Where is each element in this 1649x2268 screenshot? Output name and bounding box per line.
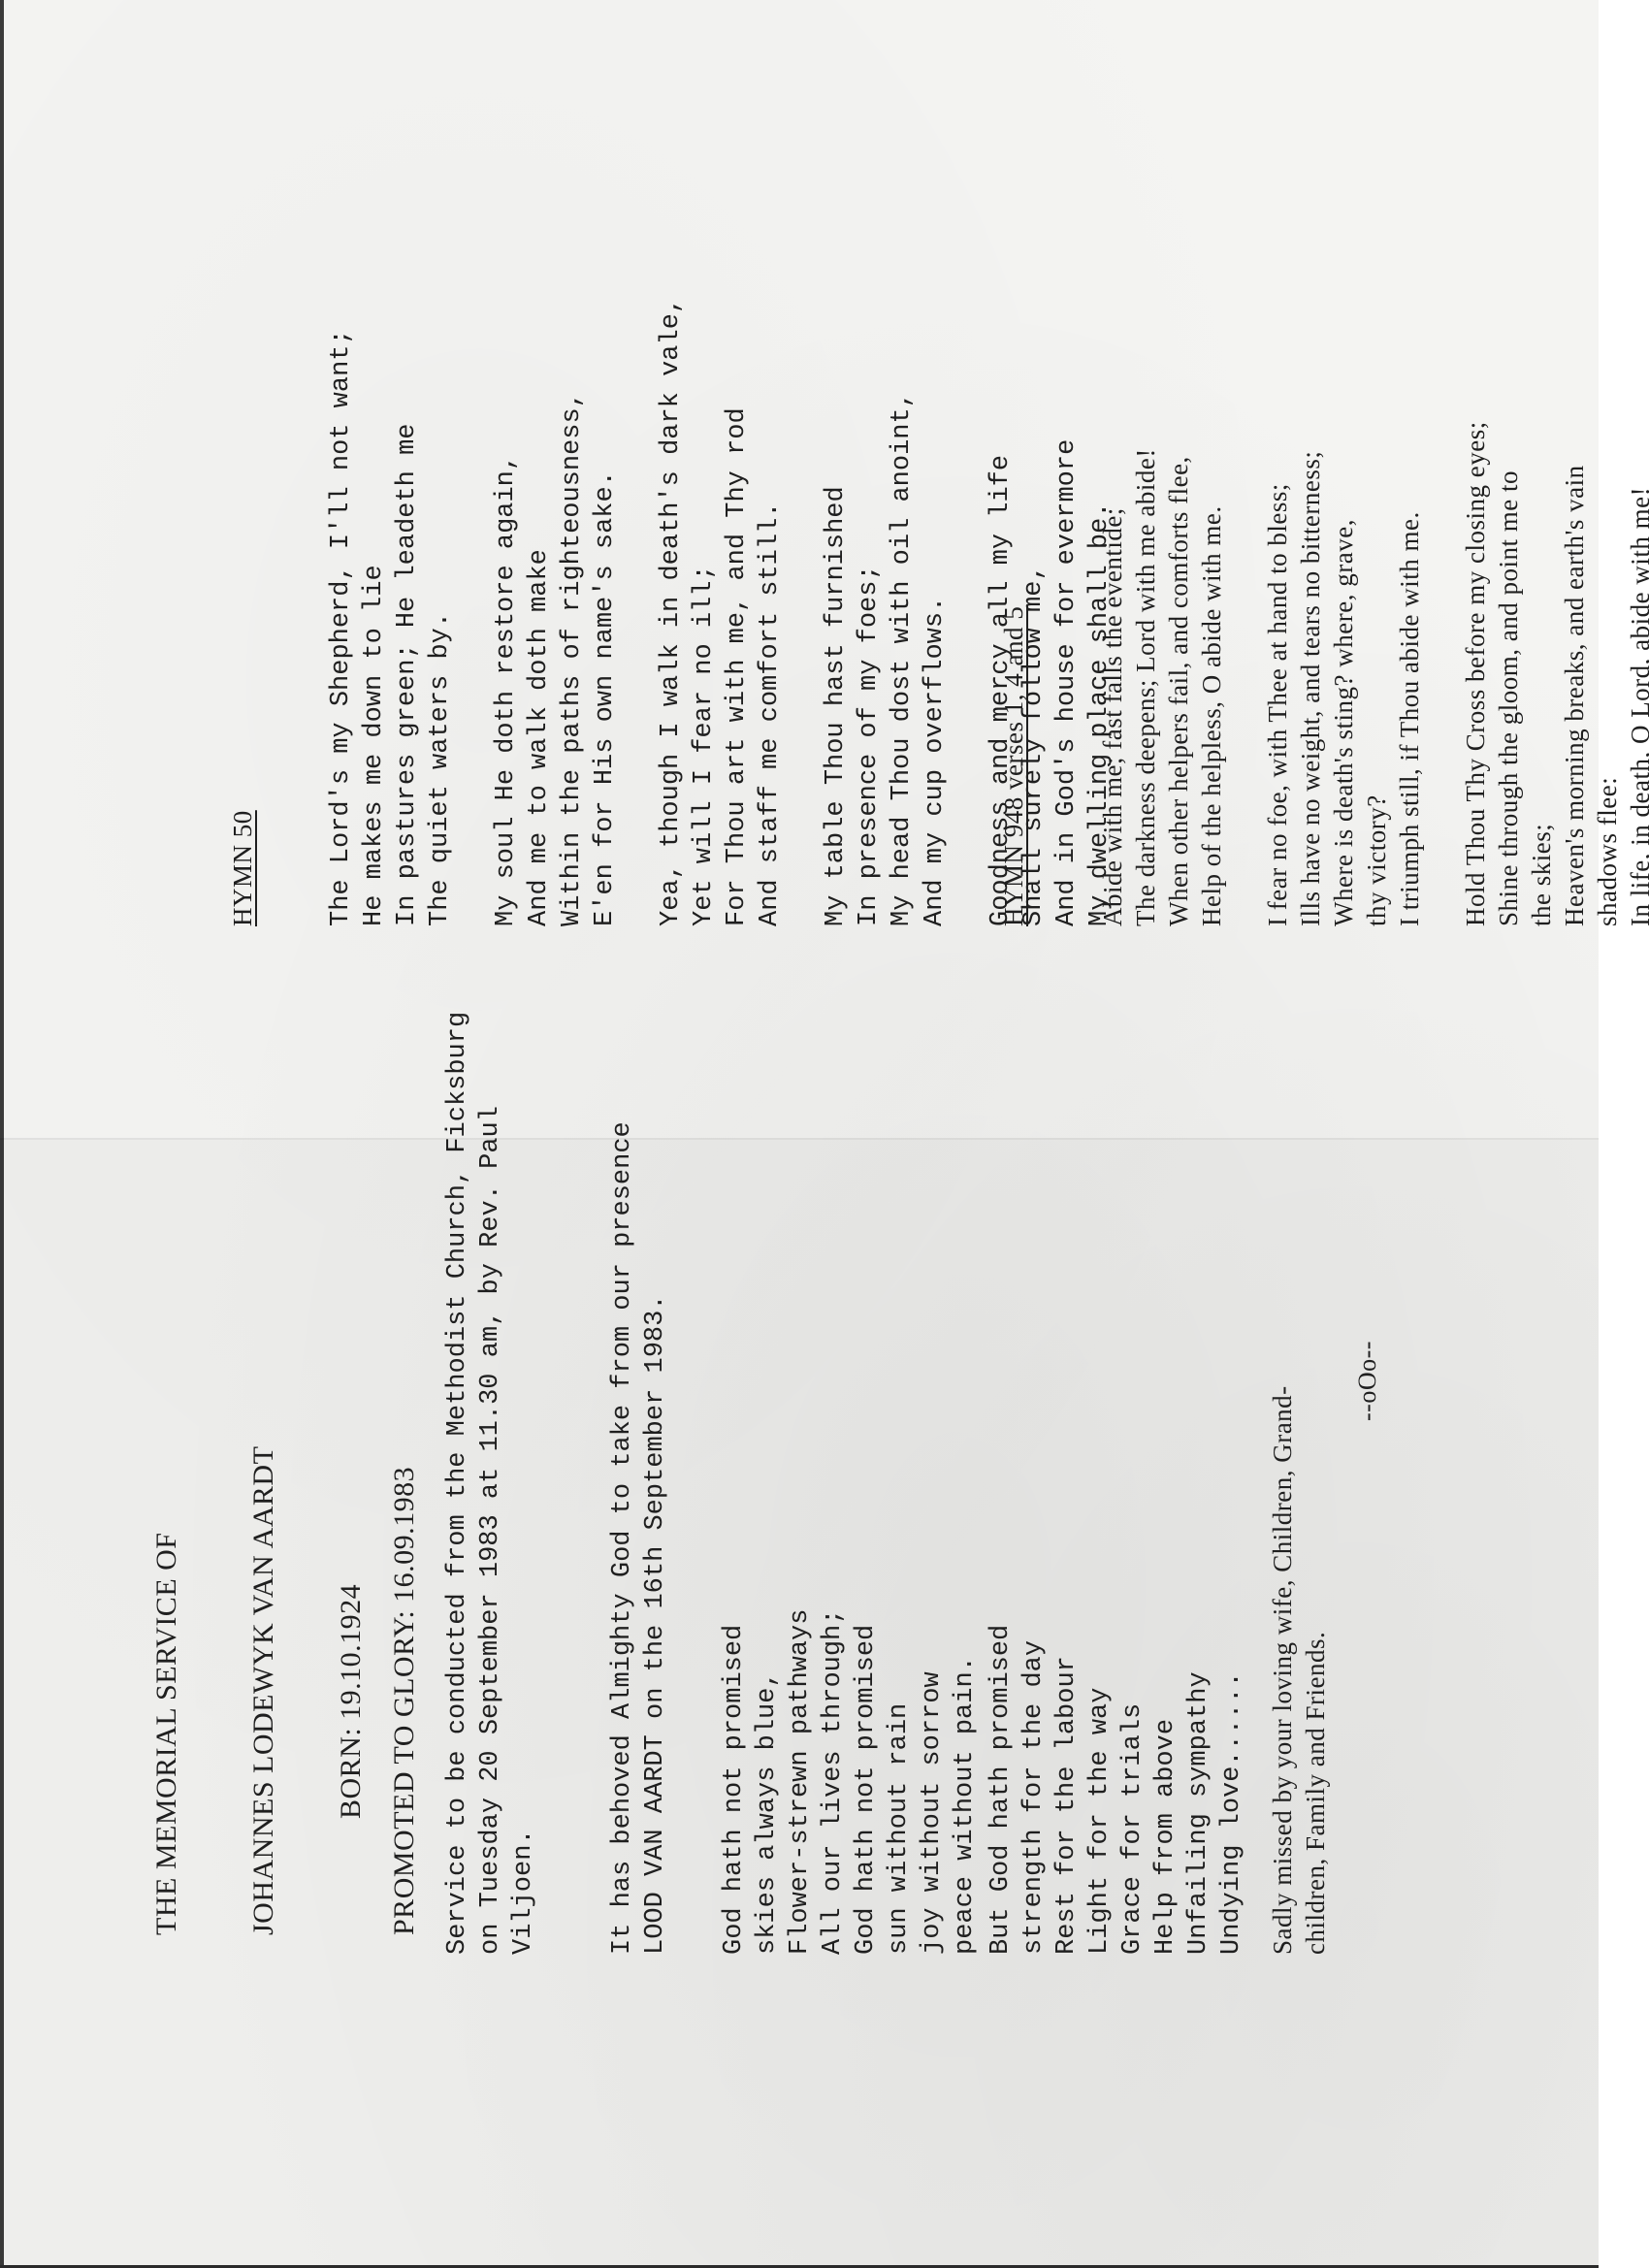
hymn-50-title: HYMN 50 [226, 298, 259, 926]
hymn-948-stanzas: Abide with me; fast falls the eventide; … [1096, 421, 1649, 926]
hymn-stanza: Hold Thou Thy Cross before my closing ey… [1459, 421, 1649, 926]
fold-line [0, 1138, 1599, 1140]
closing-message: Sadly missed by your loving wife, Childr… [1266, 1385, 1332, 1955]
hymn-stanza: The Lord's my Shepherd, I'll not want; H… [325, 298, 457, 926]
paper: THE MEMORIAL SERVICE OF JOHANNES LODEWYK… [0, 0, 1599, 2268]
poem-stanza-1: God hath not promised skies always blue,… [718, 1609, 982, 1955]
memorial-title: THE MEMORIAL SERVICE OF [150, 1533, 183, 1936]
hymn-stanza: Abide with me; fast falls the eventide; … [1096, 421, 1228, 926]
service-details: Service to be conducted from the Methodi… [441, 1012, 540, 1955]
deceased-name: JOHANNES LODEWYK VAN AARDT [247, 1446, 280, 1935]
birth-date: BORN: 19.10.1924 [335, 1584, 368, 1819]
hymn-stanza: I fear no foe, with Thee at hand to bles… [1261, 421, 1426, 926]
death-date: PROMOTED TO GLORY: 16.09.1983 [388, 1467, 421, 1935]
hymn-stanza: Yea, though I walk in death's dark vale,… [655, 298, 787, 926]
announcement: It has behoved Almighty God to take from… [606, 1121, 672, 1955]
scanned-leaflet-sheet: THE MEMORIAL SERVICE OF JOHANNES LODEWYK… [0, 0, 1649, 2268]
poem-stanza-2: But God hath promised strength for the d… [985, 1625, 1248, 1955]
ending-mark: --oOo-- [1353, 1341, 1382, 1421]
hymn-948: HYMN 948 verses 1, 4 and 5 Abide with me… [931, 421, 1649, 926]
hymn-stanza: My soul He doth restore again, And me to… [490, 298, 622, 926]
hymn-948-title: HYMN 948 verses 1, 4 and 5 [997, 421, 1030, 926]
